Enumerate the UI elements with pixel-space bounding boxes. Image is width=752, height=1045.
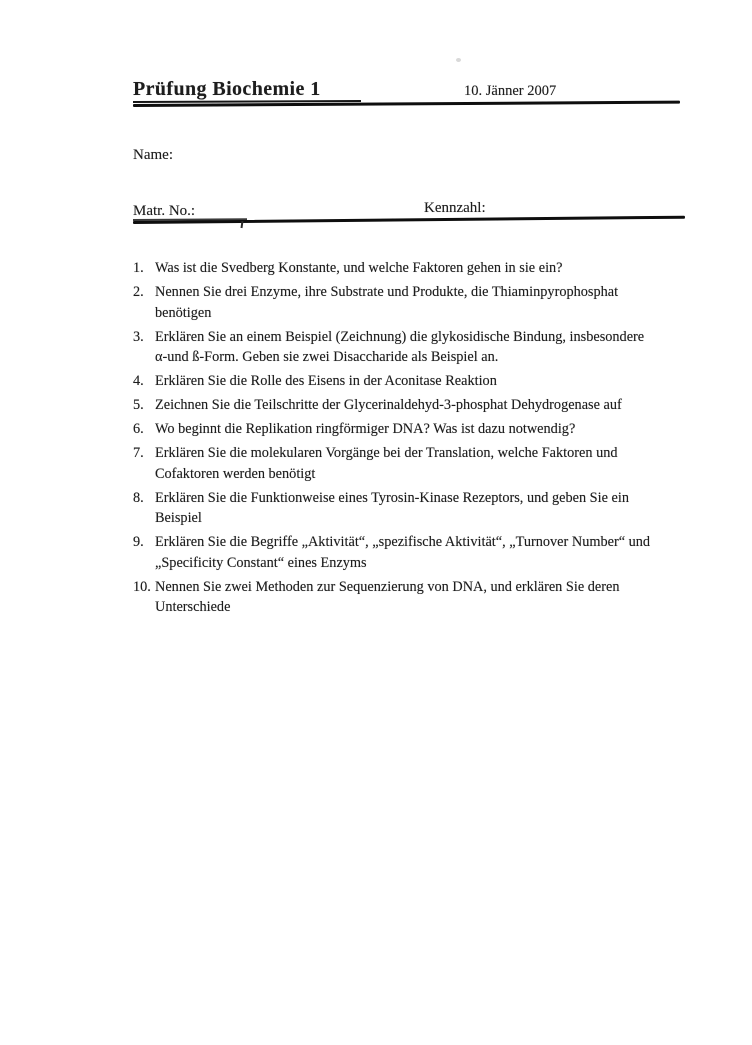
question-text: Nennen Sie drei Enzyme, ihre Substrate u… — [155, 282, 685, 323]
scan-speck-artifact — [456, 58, 461, 62]
question-item: 9. Erklären Sie die Begriffe „Aktivität“… — [133, 532, 685, 573]
question-text: Erklären Sie die Begriffe „Aktivität“, „… — [155, 532, 685, 573]
question-item: 8. Erklären Sie die Funktionweise eines … — [133, 488, 685, 529]
question-text: Wo beginnt die Replikation ringförmiger … — [155, 419, 685, 440]
matriculation-number-label: Matr. No.: — [133, 203, 195, 220]
kennzahl-label: Kennzahl: — [424, 200, 486, 217]
question-text: Erklären Sie an einem Beispiel (Zeichnun… — [155, 327, 685, 368]
page-title: Prüfung Biochemie 1 — [133, 78, 321, 101]
question-number: 5. — [133, 395, 155, 416]
question-item: 7. Erklären Sie die molekularen Vorgänge… — [133, 443, 685, 484]
name-label: Name: — [133, 147, 173, 164]
question-text: Erklären Sie die molekularen Vorgänge be… — [155, 443, 685, 484]
question-number: 4. — [133, 371, 155, 392]
question-number: 6. — [133, 419, 155, 440]
question-item: 2. Nennen Sie drei Enzyme, ihre Substrat… — [133, 282, 685, 323]
question-item: 4. Erklären Sie die Rolle des Eisens in … — [133, 371, 685, 392]
question-list: 1. Was ist die Svedberg Konstante, und w… — [133, 258, 685, 621]
question-number: 2. — [133, 282, 155, 303]
question-item: 1. Was ist die Svedberg Konstante, und w… — [133, 258, 685, 279]
scan-tick-artifact — [241, 221, 244, 228]
question-number: 7. — [133, 443, 155, 464]
question-text: Was ist die Svedberg Konstante, und welc… — [155, 258, 685, 279]
question-text: Zeichnen Sie die Teilschritte der Glycer… — [155, 395, 685, 416]
exam-date: 10. Jänner 2007 — [464, 83, 556, 100]
question-number: 8. — [133, 488, 155, 509]
question-number: 9. — [133, 532, 155, 553]
question-number: 10. — [133, 577, 155, 598]
question-item: 3. Erklären Sie an einem Beispiel (Zeich… — [133, 327, 685, 368]
scanned-exam-page: Prüfung Biochemie 1 10. Jänner 2007 Name… — [0, 0, 752, 1045]
question-item: 6. Wo beginnt die Replikation ringförmig… — [133, 419, 685, 440]
question-item: 10. Nennen Sie zwei Methoden zur Sequenz… — [133, 577, 685, 618]
question-text: Nennen Sie zwei Methoden zur Sequenzieru… — [155, 577, 685, 618]
question-text: Erklären Sie die Funktionweise eines Tyr… — [155, 488, 685, 529]
question-text: Erklären Sie die Rolle des Eisens in der… — [155, 371, 685, 392]
question-number: 3. — [133, 327, 155, 348]
fields-rule — [133, 216, 685, 224]
question-number: 1. — [133, 258, 155, 279]
question-item: 5. Zeichnen Sie die Teilschritte der Gly… — [133, 395, 685, 416]
